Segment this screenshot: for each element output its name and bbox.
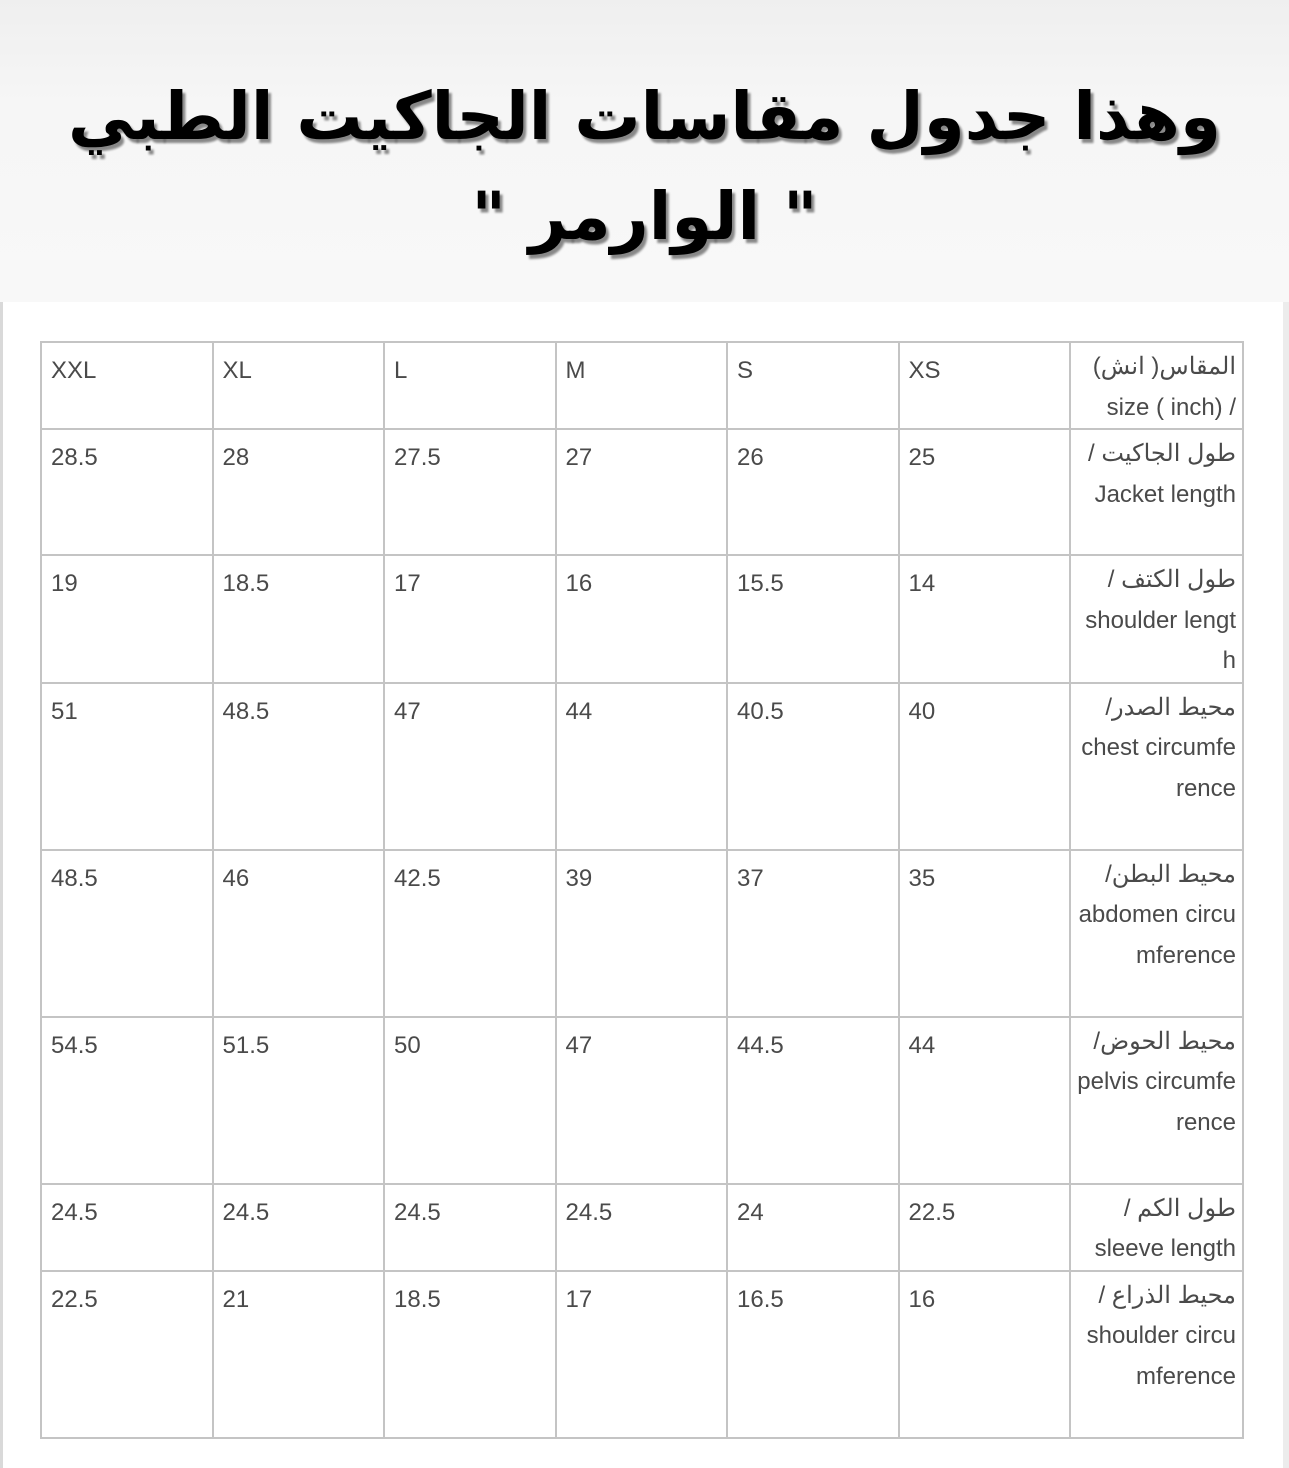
cell-value: 26 [727,429,899,555]
label-english: sleeve length [1077,1229,1236,1270]
cell-value: 51 [41,683,213,850]
cell-value: 16 [556,555,728,683]
column-header-xxl: XXL [41,342,213,429]
label-arabic: طول الجاكيت / [1077,434,1236,475]
row-label: طول الكم / sleeve length [1070,1184,1243,1271]
cell-value: 35 [899,850,1071,1017]
cell-value: 16 [899,1271,1071,1438]
label-arabic: المقاس( انش) [1077,347,1236,388]
title-banner: وهذا جدول مقاسات الجاكيت الطبي " الوارمر… [0,0,1289,302]
table-row: 24.5 24.5 24.5 24.5 24 22.5 طول الكم / s… [41,1184,1243,1271]
label-english: size ( inch) / [1077,388,1236,429]
cell-value: 17 [556,1271,728,1438]
cell-value: 22.5 [41,1271,213,1438]
label-arabic: محيط الذراع / [1077,1276,1236,1317]
cell-value: 22.5 [899,1184,1071,1271]
table-row: 51 48.5 47 44 40.5 40 محيط الصدر/ chest … [41,683,1243,850]
cell-value: 51.5 [213,1017,385,1184]
row-header-size: المقاس( انش) size ( inch) / [1070,342,1243,429]
column-header-xs: XS [899,342,1071,429]
cell-value: 25 [899,429,1071,555]
label-arabic: طول الكم / [1077,1189,1236,1230]
cell-value: 47 [556,1017,728,1184]
cell-value: 15.5 [727,555,899,683]
page-title: وهذا جدول مقاسات الجاكيت الطبي [0,78,1289,155]
cell-value: 18.5 [213,555,385,683]
row-label: محيط الصدر/ chest circumference [1070,683,1243,850]
label-arabic: محيط الحوض/ [1077,1022,1236,1063]
row-label: محيط الذراع / shoulder circumference [1070,1271,1243,1438]
column-header-xl: XL [213,342,385,429]
cell-value: 37 [727,850,899,1017]
content-left-border [0,302,3,1468]
cell-value: 54.5 [41,1017,213,1184]
row-label: محيط الحوض/ pelvis circumference [1070,1017,1243,1184]
cell-value: 44 [899,1017,1071,1184]
cell-value: 14 [899,555,1071,683]
cell-value: 40 [899,683,1071,850]
cell-value: 24.5 [384,1184,556,1271]
cell-value: 19 [41,555,213,683]
cell-value: 17 [384,555,556,683]
table-row: 19 18.5 17 16 15.5 14 طول الكتف / should… [41,555,1243,683]
table-row: 48.5 46 42.5 39 37 35 محيط البطن/ abdome… [41,850,1243,1017]
cell-value: 48.5 [41,850,213,1017]
label-english: shoulder length [1077,601,1236,682]
cell-value: 21 [213,1271,385,1438]
table-row: 28.5 28 27.5 27 26 25 طول الجاكيت / Jack… [41,429,1243,555]
table-header-row: XXL XL L M S XS المقاس( انش) size ( inch… [41,342,1243,429]
cell-value: 24 [727,1184,899,1271]
cell-value: 46 [213,850,385,1017]
cell-value: 24.5 [556,1184,728,1271]
label-english: Jacket length [1077,475,1236,516]
cell-value: 16.5 [727,1271,899,1438]
label-arabic: محيط الصدر/ [1077,688,1236,729]
label-english: shoulder circumference [1077,1316,1236,1397]
row-label: طول الكتف / shoulder length [1070,555,1243,683]
column-header-m: M [556,342,728,429]
size-chart-table: XXL XL L M S XS المقاس( انش) size ( inch… [40,341,1244,1439]
table-row: 22.5 21 18.5 17 16.5 16 محيط الذراع / sh… [41,1271,1243,1438]
label-english: chest circumference [1077,728,1236,809]
label-english: abdomen circumference [1077,895,1236,976]
label-arabic: طول الكتف / [1077,560,1236,601]
content-right-border [1283,302,1289,1468]
cell-value: 24.5 [41,1184,213,1271]
label-arabic: محيط البطن/ [1077,855,1236,896]
cell-value: 48.5 [213,683,385,850]
column-header-s: S [727,342,899,429]
cell-value: 47 [384,683,556,850]
cell-value: 40.5 [727,683,899,850]
cell-value: 18.5 [384,1271,556,1438]
row-label: طول الجاكيت / Jacket length [1070,429,1243,555]
cell-value: 44.5 [727,1017,899,1184]
page-subtitle: " الوارمر " [0,178,1289,255]
column-header-l: L [384,342,556,429]
cell-value: 39 [556,850,728,1017]
cell-value: 42.5 [384,850,556,1017]
cell-value: 24.5 [213,1184,385,1271]
table-row: 54.5 51.5 50 47 44.5 44 محيط الحوض/ pelv… [41,1017,1243,1184]
row-label: محيط البطن/ abdomen circumference [1070,850,1243,1017]
label-english: pelvis circumference [1077,1062,1236,1143]
cell-value: 28 [213,429,385,555]
cell-value: 27 [556,429,728,555]
cell-value: 27.5 [384,429,556,555]
cell-value: 28.5 [41,429,213,555]
cell-value: 44 [556,683,728,850]
cell-value: 50 [384,1017,556,1184]
